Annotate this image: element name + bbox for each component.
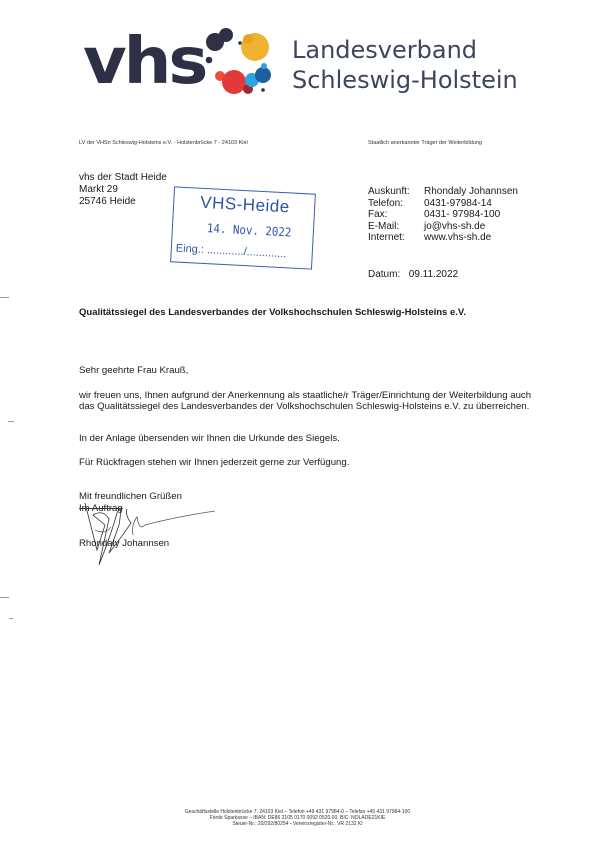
body-paragraph: wir freuen uns, Ihnen aufgrund der Anerk…: [79, 390, 539, 413]
date-value: 09.11.2022: [409, 269, 458, 280]
sender-return-address: LV der VHSn Schleswig-Holsteins e.V. - H…: [79, 140, 248, 146]
salutation: Sehr geehrte Frau Krauß,: [79, 365, 188, 376]
stamp-title: VHS-Heide: [200, 193, 290, 218]
accreditation-note: Staatlich anerkannter Träger der Weiterb…: [368, 140, 482, 146]
stamp-date: 14. Nov. 2022: [207, 221, 292, 239]
recipient-city: 25746 Heide: [79, 196, 167, 208]
vhs-logo-dots-icon: [195, 25, 285, 105]
contact-block: Auskunft: Rhondaly Johannsen Telefon: 04…: [368, 186, 518, 244]
signer-name: Rhondaly Johannsen: [79, 538, 169, 549]
recipient-address: vhs der Stadt Heide Markt 29 25746 Heide: [79, 172, 167, 208]
contact-value: 0431-97984-14: [424, 198, 492, 210]
recipient-name: vhs der Stadt Heide: [79, 172, 167, 184]
contact-value: Rhondaly Johannsen: [424, 186, 518, 198]
contact-value: jo@vhs-sh.de: [424, 221, 485, 233]
brand-name: Landesverband Schleswig-Holstein: [292, 35, 518, 95]
brand-line-2: Schleswig-Holstein: [292, 65, 518, 95]
letter-subject: Qualitätssiegel des Landesverbandes der …: [79, 307, 466, 318]
brand-line-1: Landesverband: [292, 35, 518, 65]
fold-mark: [0, 297, 9, 298]
punch-mark: [9, 618, 13, 619]
contact-label: E-Mail:: [368, 221, 424, 233]
vhs-logo-text: vhs: [83, 30, 205, 94]
contact-label: Telefon:: [368, 198, 424, 210]
letter-footer: Geschäftsstelle Holstenbrücke 7, 24103 K…: [0, 809, 595, 828]
fold-mark: [0, 597, 9, 598]
recipient-street: Markt 29: [79, 184, 167, 196]
contact-row-email: E-Mail: jo@vhs-sh.de: [368, 221, 518, 233]
contact-label: Fax:: [368, 209, 424, 221]
letter-date: Datum: 09.11.2022: [368, 269, 458, 280]
handwritten-signature-icon: [75, 495, 225, 575]
contact-row-internet: Internet: www.vhs-sh.de: [368, 232, 518, 244]
contact-row-telefon: Telefon: 0431-97984-14: [368, 198, 518, 210]
date-label: Datum:: [368, 269, 406, 280]
footer-tax-line: Steuer-Nr.: 20/292/80254 - Vereinsregist…: [0, 821, 595, 827]
received-stamp: VHS-Heide 14. Nov. 2022 Eing.: .........…: [170, 186, 316, 269]
contact-row-fax: Fax: 0431- 97984-100: [368, 209, 518, 221]
body-paragraph: Für Rückfragen stehen wir Ihnen jederzei…: [79, 457, 539, 468]
stamp-entry: Eing.: ............/.............: [176, 243, 287, 261]
contact-value: www.vhs-sh.de: [424, 232, 491, 244]
punch-mark: [8, 421, 14, 422]
contact-value: 0431- 97984-100: [424, 209, 500, 221]
contact-row-auskunft: Auskunft: Rhondaly Johannsen: [368, 186, 518, 198]
contact-label: Auskunft:: [368, 186, 424, 198]
contact-label: Internet:: [368, 232, 424, 244]
body-paragraph: In der Anlage übersenden wir Ihnen die U…: [79, 433, 539, 444]
